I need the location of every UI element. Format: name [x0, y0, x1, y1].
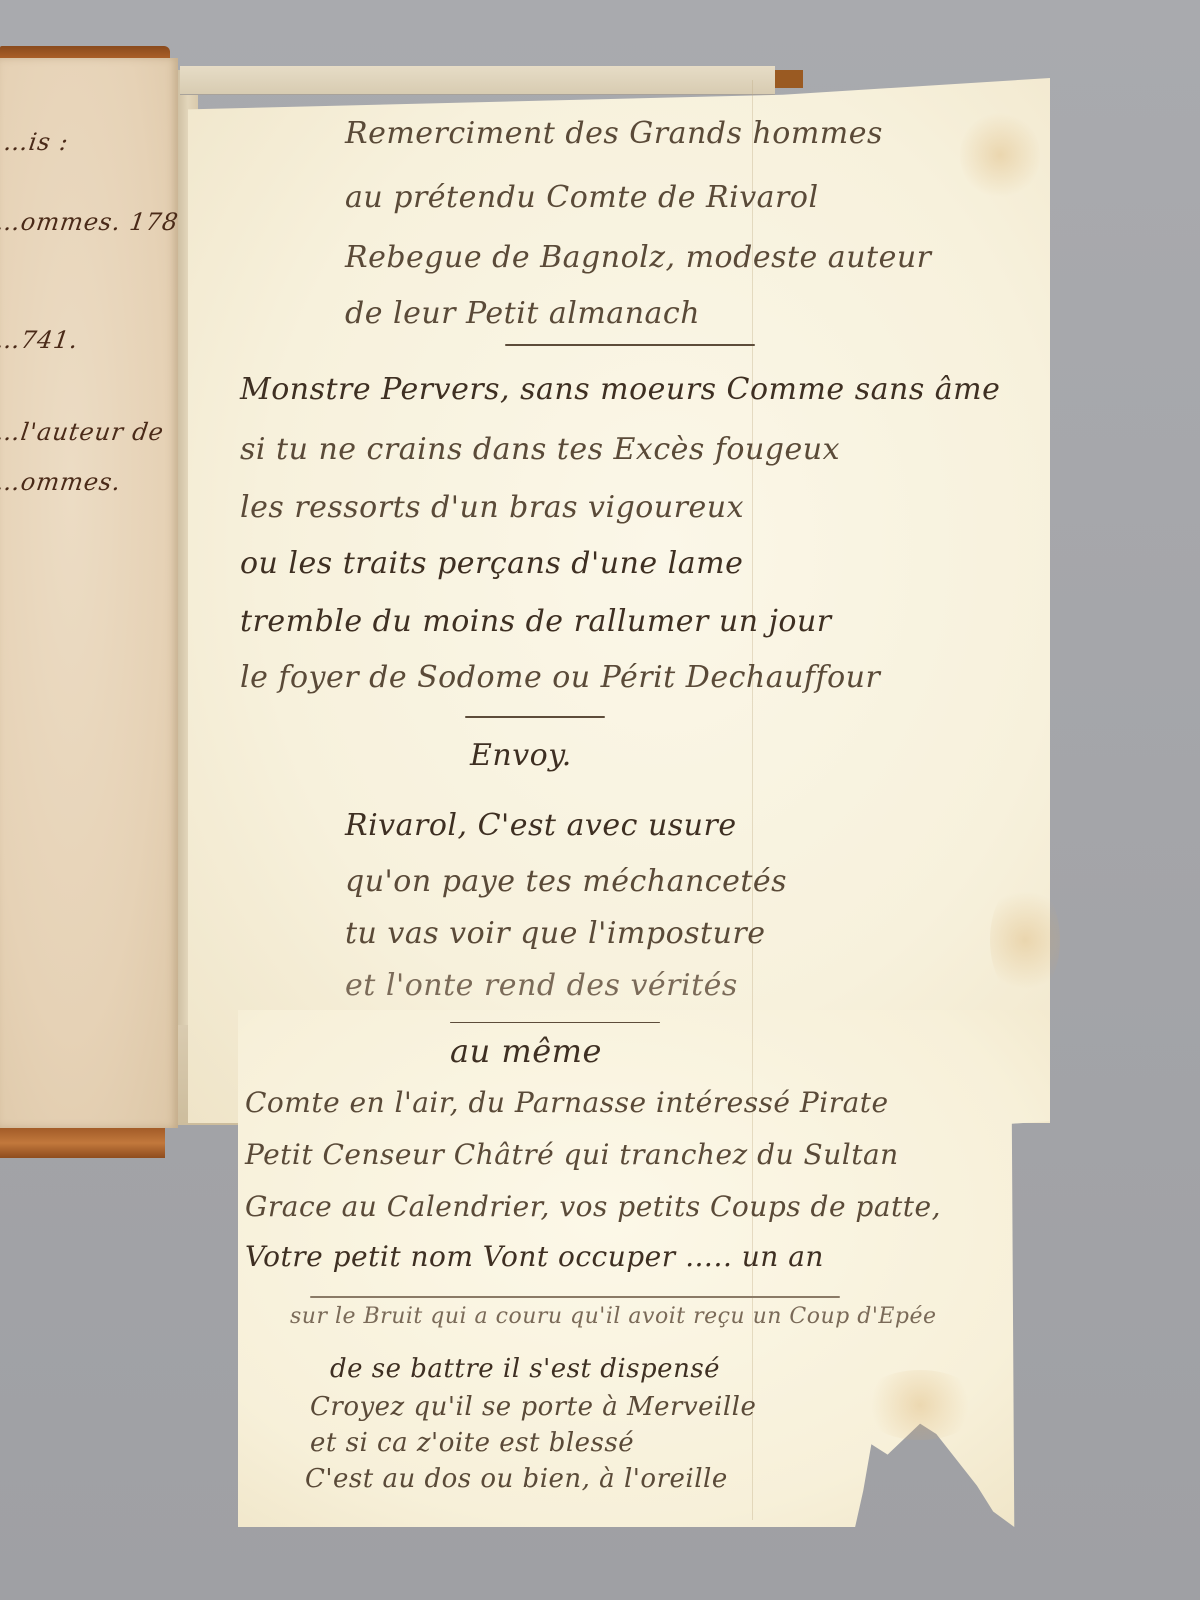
poem-title-line: de leur Petit almanach	[345, 296, 700, 331]
final-stanza-line: C'est au dos ou bien, à l'oreille	[305, 1464, 728, 1494]
envoy-heading: Envoy.	[470, 738, 572, 773]
section-divider	[465, 716, 605, 718]
left-page-line: …ommes. 1788.	[0, 208, 205, 236]
margin-note: sur le Bruit qui a couru qu'il avoit reç…	[290, 1304, 937, 1329]
stanza-line: tremble du moins de rallumer un jour	[240, 604, 832, 639]
stanza-line: les ressorts d'un bras vigoureux	[240, 490, 744, 525]
poem-title-line: au prétendu Comte de Rivarol	[345, 180, 819, 215]
note-underline	[310, 1296, 840, 1298]
left-page-line: …is :	[2, 128, 71, 156]
left-page-line: …741.	[0, 326, 80, 354]
au-meme-line: Petit Censeur Châtré qui tranchez du Sul…	[245, 1138, 899, 1171]
tipped-in-top-strip	[180, 66, 775, 95]
left-book-page: …is : …ommes. 1788. …741. …l'auteur de ……	[0, 58, 178, 1128]
left-page-line: …ommes.	[0, 468, 123, 496]
leather-cover-bottom-edge	[0, 1128, 165, 1158]
envoy-line: Rivarol, C'est avec usure	[345, 808, 737, 843]
poem-title-line: Remerciment des Grands hommes	[345, 116, 883, 151]
final-stanza-line: de se battre il s'est dispensé	[330, 1354, 720, 1384]
au-meme-line: Comte en l'air, du Parnasse intéressé Pi…	[245, 1086, 889, 1119]
foxing-stain	[990, 880, 1060, 1000]
final-stanza-line: Croyez qu'il se porte à Merveille	[310, 1392, 756, 1422]
leather-cover-top-right-edge	[775, 70, 803, 88]
poem-title-line: Rebegue de Bagnolz, modeste auteur	[345, 240, 932, 275]
foxing-stain	[960, 110, 1040, 200]
stanza-line: le foyer de Sodome ou Périt Dechauffour	[240, 660, 880, 695]
stanza-line: si tu ne crains dans tes Excès fougeux	[240, 432, 840, 467]
envoy-line: qu'on paye tes méchancetés	[345, 864, 787, 899]
stanza-line: ou les traits perçans d'une lame	[240, 546, 743, 581]
envoy-line: tu vas voir que l'imposture	[345, 916, 766, 951]
au-meme-heading: au même	[450, 1032, 602, 1070]
stanza-line: Monstre Pervers, sans moeurs Comme sans …	[240, 372, 1000, 407]
envoy-line: et l'onte rend des vérités	[345, 968, 738, 1003]
manuscript-sheet-upper	[188, 78, 1050, 1123]
foxing-stain	[860, 1370, 980, 1440]
au-meme-line: Grace au Calendrier, vos petits Coups de…	[245, 1190, 941, 1223]
au-meme-line: Votre petit nom Vont occuper ….. un an	[245, 1240, 824, 1273]
title-underline	[505, 344, 755, 346]
left-page-line: …l'auteur de	[0, 418, 166, 446]
final-stanza-line: et si ca z'oite est blessé	[310, 1428, 634, 1458]
section-divider	[450, 1022, 660, 1023]
